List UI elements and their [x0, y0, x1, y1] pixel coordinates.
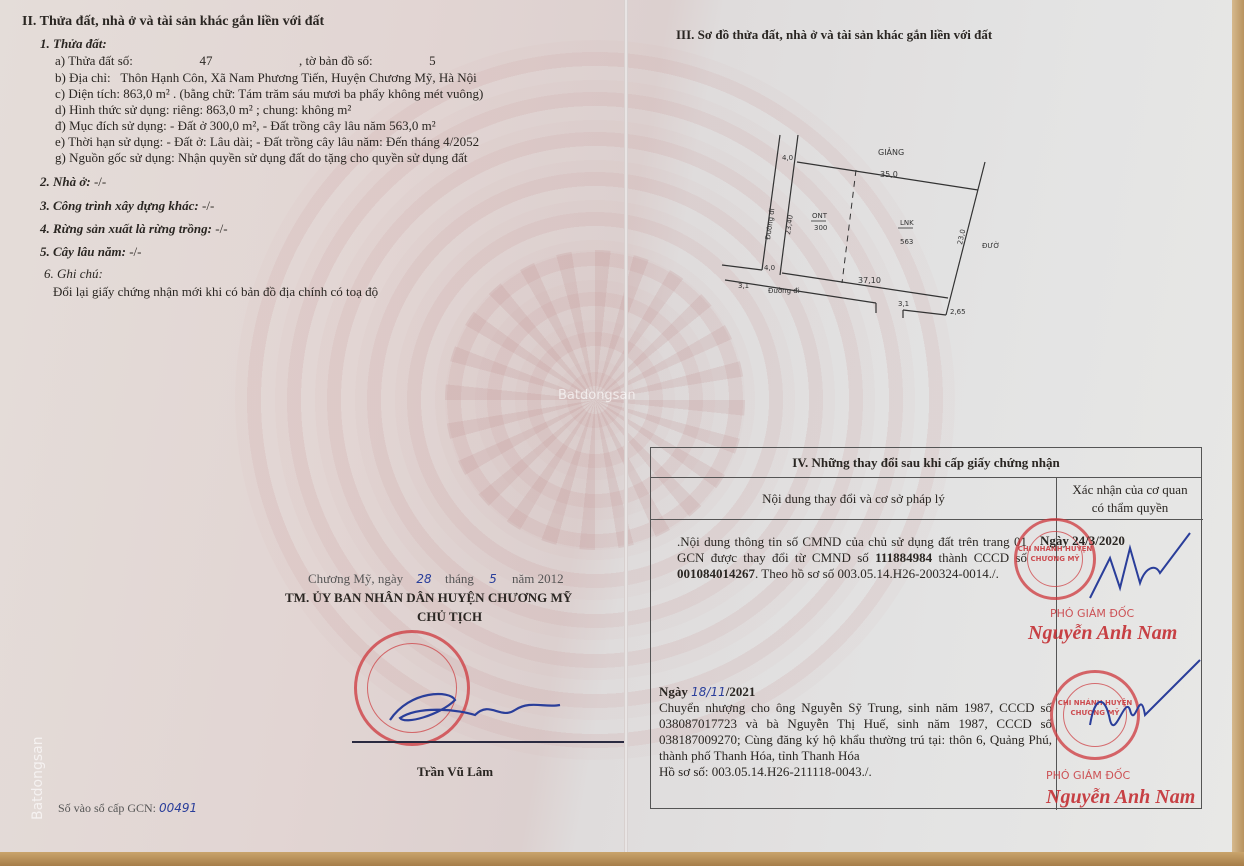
item-forest: 4. Rừng sản xuất là rừng trồng: -/- — [40, 221, 228, 237]
section-2-title: II. Thửa đất, nhà ở và tài sản khác gắn … — [22, 14, 324, 30]
sketch-right-length: 23,0 — [956, 228, 967, 245]
field-label: g) Nguồn gốc sử dụng: — [55, 150, 175, 165]
handwritten-date: 18/11 — [691, 685, 726, 699]
field-label: e) Thời hạn sử dụng: — [55, 134, 163, 149]
parcel-sketch-map: GIẢNG 35,0 4,0 4,0 Đường đi 23,40 ONT 30… — [700, 120, 1000, 320]
registry-label: Số vào sổ cấp GCN: — [58, 801, 156, 815]
field-value: 5 — [429, 53, 436, 68]
sketch-zone2-area: 563 — [900, 238, 913, 246]
item-house: 2. Nhà ở: -/- — [40, 174, 106, 190]
field-label: đ) Mục đích sử dụng: — [55, 118, 167, 133]
authority-name: TM. ỦY BAN NHÂN DÂN HUYỆN CHƯƠNG MỸ — [285, 590, 572, 606]
new-id-number: 001084014267 — [677, 566, 755, 581]
paper-right-edge — [1232, 0, 1244, 856]
sketch-bottom-w1: 3,1 — [738, 282, 749, 290]
header-line: có thẩm quyền — [1057, 499, 1203, 517]
sketch-label-north: GIẢNG — [878, 146, 904, 157]
column-header-content: Nội dung thay đổi và cơ sở pháp lý — [651, 478, 1056, 520]
authority-position: CHỦ TỊCH — [417, 609, 482, 625]
sketch-left-length: 23,40 — [784, 214, 795, 235]
field-value: 47 — [199, 53, 212, 68]
sketch-right-label: ĐƯỜNG — [982, 241, 1000, 250]
field-parcel-number: a) Thửa đất số: 47 , tờ bản đồ số: 5 — [55, 53, 436, 69]
certificate-sheet: II. Thửa đất, nhà ở và tài sản khác gắn … — [0, 0, 1244, 856]
item-label: 3. Công trình xây dựng khác: — [40, 198, 199, 213]
field-value: Thôn Hạnh Côn, Xã Nam Phương Tiến, Huyện… — [120, 70, 476, 85]
entry-text: Chuyển nhượng cho ông Nguyễn Sỹ Trung, s… — [659, 700, 1052, 764]
field-label: a) Thửa đất số: — [55, 53, 133, 68]
sketch-zone2-code: LNK — [900, 219, 914, 227]
field-value: Nhận quyền sử dụng đất do tặng cho quyền… — [178, 150, 468, 165]
watermark-text: Batdongsan — [30, 736, 46, 820]
sketch-zone1-area: 300 — [814, 224, 827, 232]
item-label: 4. Rừng sản xuất là rừng trồng: — [40, 221, 212, 236]
signing-year: năm 2012 — [512, 571, 564, 586]
entry-text: thành CCCD số — [932, 550, 1027, 565]
item-value: -/- — [94, 174, 106, 189]
header-line: Xác nhận của cơ quan — [1057, 481, 1203, 499]
note-text: Đổi lại giấy chứng nhận mới khi có bản đ… — [53, 284, 378, 300]
registry-number: 00491 — [159, 801, 197, 815]
sketch-bottom-length: 37,10 — [858, 276, 881, 285]
field-usage-term: e) Thời hạn sử dụng: - Đất ở: Lâu dài; -… — [55, 134, 479, 150]
field-origin: g) Nguồn gốc sử dụng: Nhận quyền sử dụng… — [55, 150, 468, 166]
section-4-title: IV. Những thay đổi sau khi cấp giấy chứn… — [651, 448, 1201, 478]
field-value: - Đất ở: Lâu dài; - Đất trồng cây lâu nă… — [167, 134, 480, 149]
signing-day: 28 — [416, 572, 431, 586]
column-header-confirmation: Xác nhận của cơ quan có thẩm quyền — [1056, 478, 1203, 520]
field-label: d) Hình thức sử dụng: — [55, 102, 169, 117]
signer-name: Trần Vũ Lâm — [417, 764, 493, 780]
change-entry-2: Ngày 18/11/2021 Chuyển nhượng cho ông Ng… — [659, 684, 1052, 780]
signature-2 — [1080, 655, 1210, 755]
watermark-center: Batdongsan — [558, 388, 636, 403]
item-value: -/- — [202, 198, 214, 213]
item-other-construction: 3. Công trình xây dựng khác: -/- — [40, 198, 214, 214]
sketch-corner: 2,65 — [950, 308, 966, 316]
entry-2-date: Ngày 18/11/2021 — [659, 684, 1052, 700]
sketch-zone1-code: ONT — [812, 212, 828, 220]
signing-date: Chương Mỹ, ngày 28 tháng 5 năm 2012 — [308, 571, 564, 587]
signature-line — [352, 741, 624, 743]
item-value: -/- — [215, 221, 227, 236]
item-label: 2. Nhà ở: — [40, 174, 91, 189]
field-area: c) Diện tích: 863,0 m² . (bằng chữ: Tám … — [55, 86, 483, 102]
change-entry-1: .Nội dung thông tin số CMND của chủ sử d… — [677, 534, 1027, 582]
old-id-number: 111884984 — [875, 550, 932, 565]
date-year: /2021 — [726, 684, 756, 699]
note-title: 6. Ghi chú: — [44, 266, 103, 282]
field-usage-form: d) Hình thức sử dụng: riêng: 863,0 m² ; … — [55, 102, 351, 118]
month-label: tháng — [445, 571, 474, 586]
confirm-name-2: Nguyễn Anh Nam — [1046, 786, 1195, 809]
branch-seal-stamp-1: CHI NHÁNH HUYỆN CHƯƠNG MỸ — [1014, 518, 1096, 600]
item-perennial-trees: 5. Cây lâu năm: -/- — [40, 244, 142, 260]
table-surface — [0, 852, 1244, 866]
field-label: c) Diện tích: — [55, 86, 120, 101]
field-value: - Đất ở 300,0 m², - Đất trồng cây lâu nă… — [170, 118, 436, 133]
sketch-bottom-w2: 3,1 — [898, 300, 909, 308]
item-label: 5. Cây lâu năm: — [40, 244, 126, 259]
signing-place: Chương Mỹ, ngày — [308, 571, 403, 586]
field-value: riêng: 863,0 m² ; chung: không m² — [173, 102, 352, 117]
confirm-name-1: Nguyễn Anh Nam — [1028, 622, 1177, 645]
item-1-title: 1. Thửa đất: — [40, 36, 107, 52]
sketch-left-width-top: 4,0 — [782, 154, 793, 162]
field-label: , tờ bản đồ số: — [299, 53, 373, 68]
item-value: -/- — [129, 244, 141, 259]
sketch-bottom-road: Đường đi — [768, 287, 800, 295]
entry-text: . Theo hồ sơ số 003.05.14.H26-200324-001… — [755, 566, 999, 581]
chairman-signature — [380, 680, 570, 740]
dossier-number: Hồ sơ số: 003.05.14.H26-211118-0043./. — [659, 764, 1052, 780]
field-usage-purpose: đ) Mục đích sử dụng: - Đất ở 300,0 m², -… — [55, 118, 436, 134]
field-value: 863,0 m² . (bằng chữ: Tám trăm sáu mươi … — [123, 86, 483, 101]
confirm-title-2: PHÓ GIÁM ĐỐC — [1046, 769, 1130, 782]
signature-1 — [1085, 528, 1195, 608]
sketch-top-length: 35,0 — [880, 170, 898, 179]
field-label: b) Địa chỉ: — [55, 70, 111, 85]
date-prefix: Ngày — [659, 684, 688, 699]
field-address: b) Địa chỉ: Thôn Hạnh Côn, Xã Nam Phương… — [55, 70, 477, 86]
section-3-title: III. Sơ đồ thửa đất, nhà ở và tài sản kh… — [676, 27, 992, 43]
signing-month: 5 — [489, 572, 497, 586]
sketch-left-road: Đường đi — [764, 208, 776, 240]
sketch-left-width-bottom: 4,0 — [764, 264, 775, 272]
registry-entry: Số vào sổ cấp GCN: 00491 — [58, 800, 197, 816]
confirm-title-1: PHÓ GIÁM ĐỐC — [1050, 607, 1134, 620]
page-fold — [624, 0, 628, 856]
